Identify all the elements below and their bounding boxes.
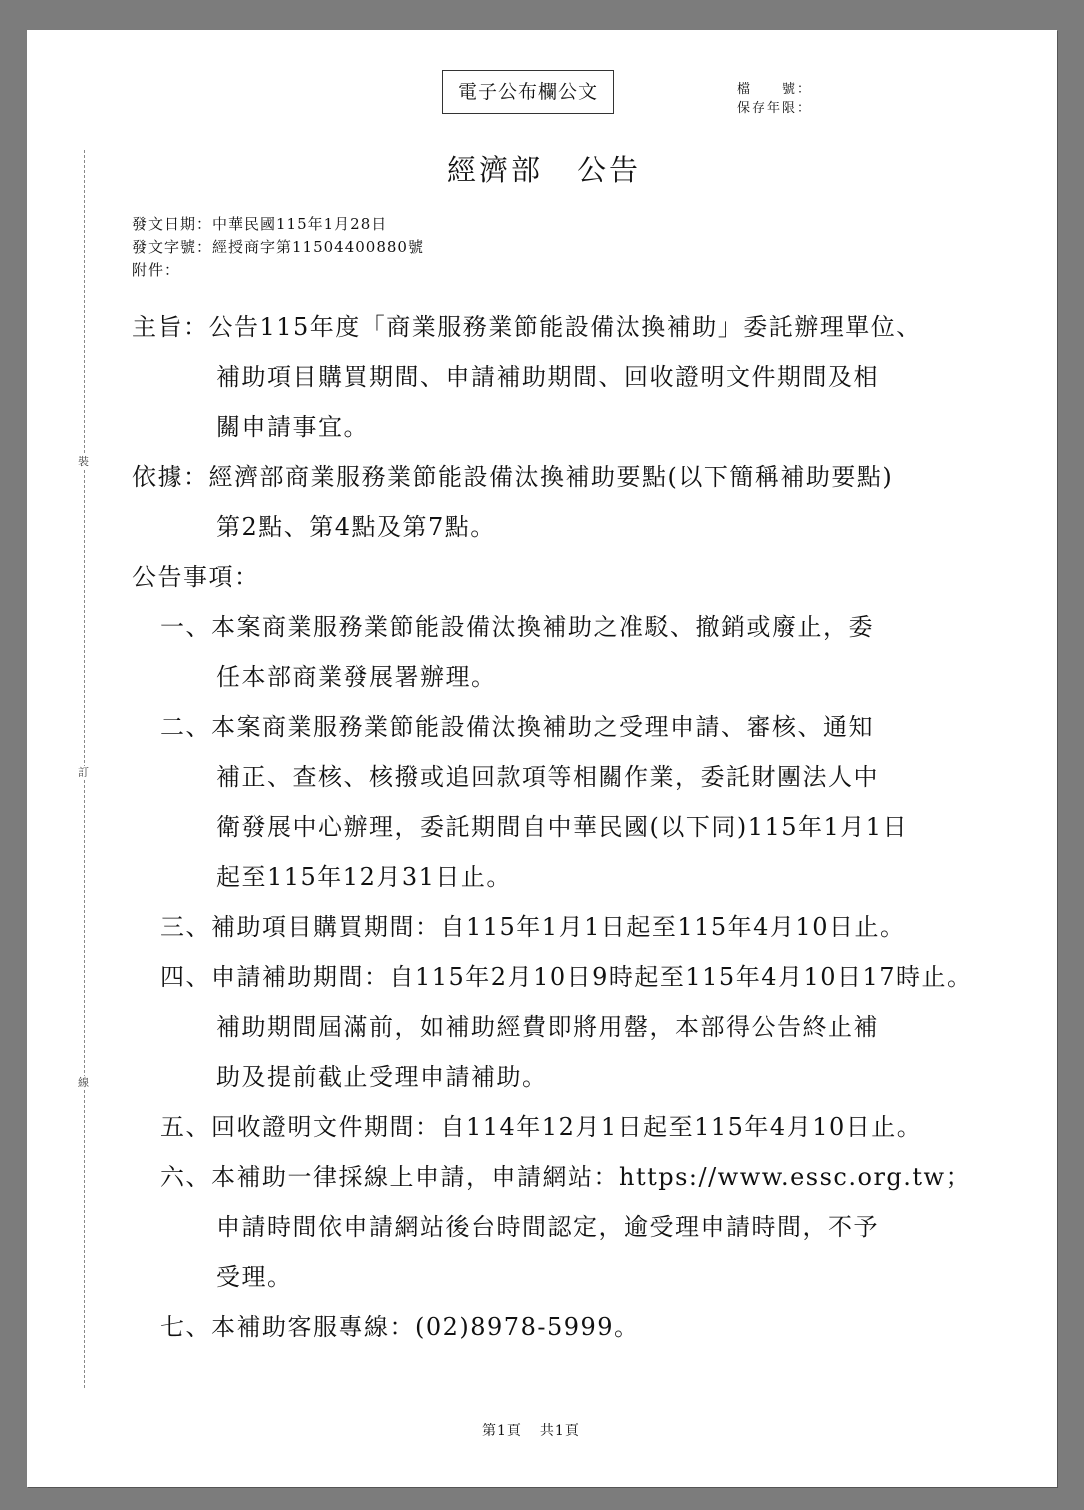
document-type: 公告 (577, 153, 641, 187)
notice-item-line: 助及提前截止受理申請補助。 (160, 1052, 960, 1102)
notice-item-line: 四、申請補助期間：自115年2月10日9時起至115年4月10日17時止。 (160, 952, 960, 1002)
notice-item-3: 三、補助項目購買期間：自115年1月1日起至115年4月10日止。 (160, 902, 960, 952)
notice-item-6: 六、本補助一律採線上申請，申請網站：https://www.essc.org.t… (160, 1152, 960, 1302)
attachment-label: 附件： (132, 259, 424, 282)
notice-item-4: 四、申請補助期間：自115年2月10日9時起至115年4月10日17時止。 補助… (160, 952, 960, 1102)
document-title: 經濟部公告 (447, 148, 641, 189)
subject-line: 主旨：公告115年度「商業服務業節能設備汰換補助」委託辦理單位、 (132, 302, 962, 352)
page-current: 第1頁 (482, 1423, 522, 1439)
document-number: 發文字號：經授商字第11504400880號 (132, 236, 424, 259)
binding-mark-zhuang: 裝 (78, 455, 89, 468)
subject-line: 補助項目購買期間、申請補助期間、回收證明文件期間及相 (132, 352, 962, 402)
notice-item-line: 受理。 (160, 1252, 960, 1302)
notice-item-line: 五、回收證明文件期間：自114年12月1日起至115年4月10日止。 (160, 1102, 960, 1152)
subject-line: 關申請事宜。 (132, 402, 962, 452)
retention-period-label: 保存年限： (737, 99, 812, 118)
binding-mark-ding: 訂 (78, 766, 89, 779)
basis-line: 依據：經濟部商業服務業節能設備汰換補助要點(以下簡稱補助要點) (132, 452, 962, 502)
page-total: 共1頁 (540, 1423, 580, 1439)
notice-item-line: 補助期間屆滿前，如補助經費即將用罄，本部得公告終止補 (160, 1002, 960, 1052)
e-bulletin-stamp: 電子公布欄公文 (442, 70, 614, 114)
document-page: 電子公布欄公文 檔 號： 保存年限： 經濟部公告 發文日期：中華民國115年1月… (27, 30, 1057, 1487)
file-info: 檔 號： 保存年限： (737, 80, 812, 118)
notice-item-line: 一、本案商業服務業節能設備汰換補助之准駁、撤銷或廢止，委 (160, 602, 960, 652)
notice-item-line: 二、本案商業服務業節能設備汰換補助之受理申請、審核、通知 (160, 702, 960, 752)
notice-item-line: 七、本補助客服專線：(02)8978-5999。 (160, 1302, 960, 1352)
notice-item-2: 二、本案商業服務業節能設備汰換補助之受理申請、審核、通知 補正、查核、核撥或追回… (160, 702, 960, 902)
notice-item-1: 一、本案商業服務業節能設備汰換補助之准駁、撤銷或廢止，委 任本部商業發展署辦理。 (160, 602, 960, 702)
issue-date: 發文日期：中華民國115年1月28日 (132, 213, 424, 236)
binding-mark-xian: 線 (78, 1076, 89, 1089)
notice-item-line: 三、補助項目購買期間：自115年1月1日起至115年4月10日止。 (160, 902, 960, 952)
file-number-label: 檔 號： (737, 80, 812, 99)
notice-item-line: 起至115年12月31日止。 (160, 852, 960, 902)
notice-item-line: 六、本補助一律採線上申請，申請網站：https://www.essc.org.t… (160, 1152, 960, 1202)
agency-name: 經濟部 (447, 153, 543, 187)
notice-item-line: 衛發展中心辦理，委託期間自中華民國(以下同)115年1月1日 (160, 802, 960, 852)
notice-heading-section: 公告事項： (132, 552, 962, 602)
page-footer: 第1頁共1頁 (482, 1420, 580, 1440)
basis-line: 第2點、第4點及第7點。 (132, 502, 962, 552)
notice-item-5: 五、回收證明文件期間：自114年12月1日起至115年4月10日止。 (160, 1102, 960, 1152)
notice-item-line: 申請時間依申請網站後台時間認定，逾受理申請時間，不予 (160, 1202, 960, 1252)
notice-heading: 公告事項： (132, 552, 962, 602)
notice-item-7: 七、本補助客服專線：(02)8978-5999。 (160, 1302, 960, 1352)
notice-item-line: 任本部商業發展署辦理。 (160, 652, 960, 702)
basis-section: 依據：經濟部商業服務業節能設備汰換補助要點(以下簡稱補助要點) 第2點、第4點及… (132, 452, 962, 552)
subject-section: 主旨：公告115年度「商業服務業節能設備汰換補助」委託辦理單位、 補助項目購買期… (132, 302, 962, 452)
document-meta: 發文日期：中華民國115年1月28日 發文字號：經授商字第11504400880… (132, 213, 424, 282)
notice-item-line: 補正、查核、核撥或追回款項等相關作業，委託財團法人中 (160, 752, 960, 802)
